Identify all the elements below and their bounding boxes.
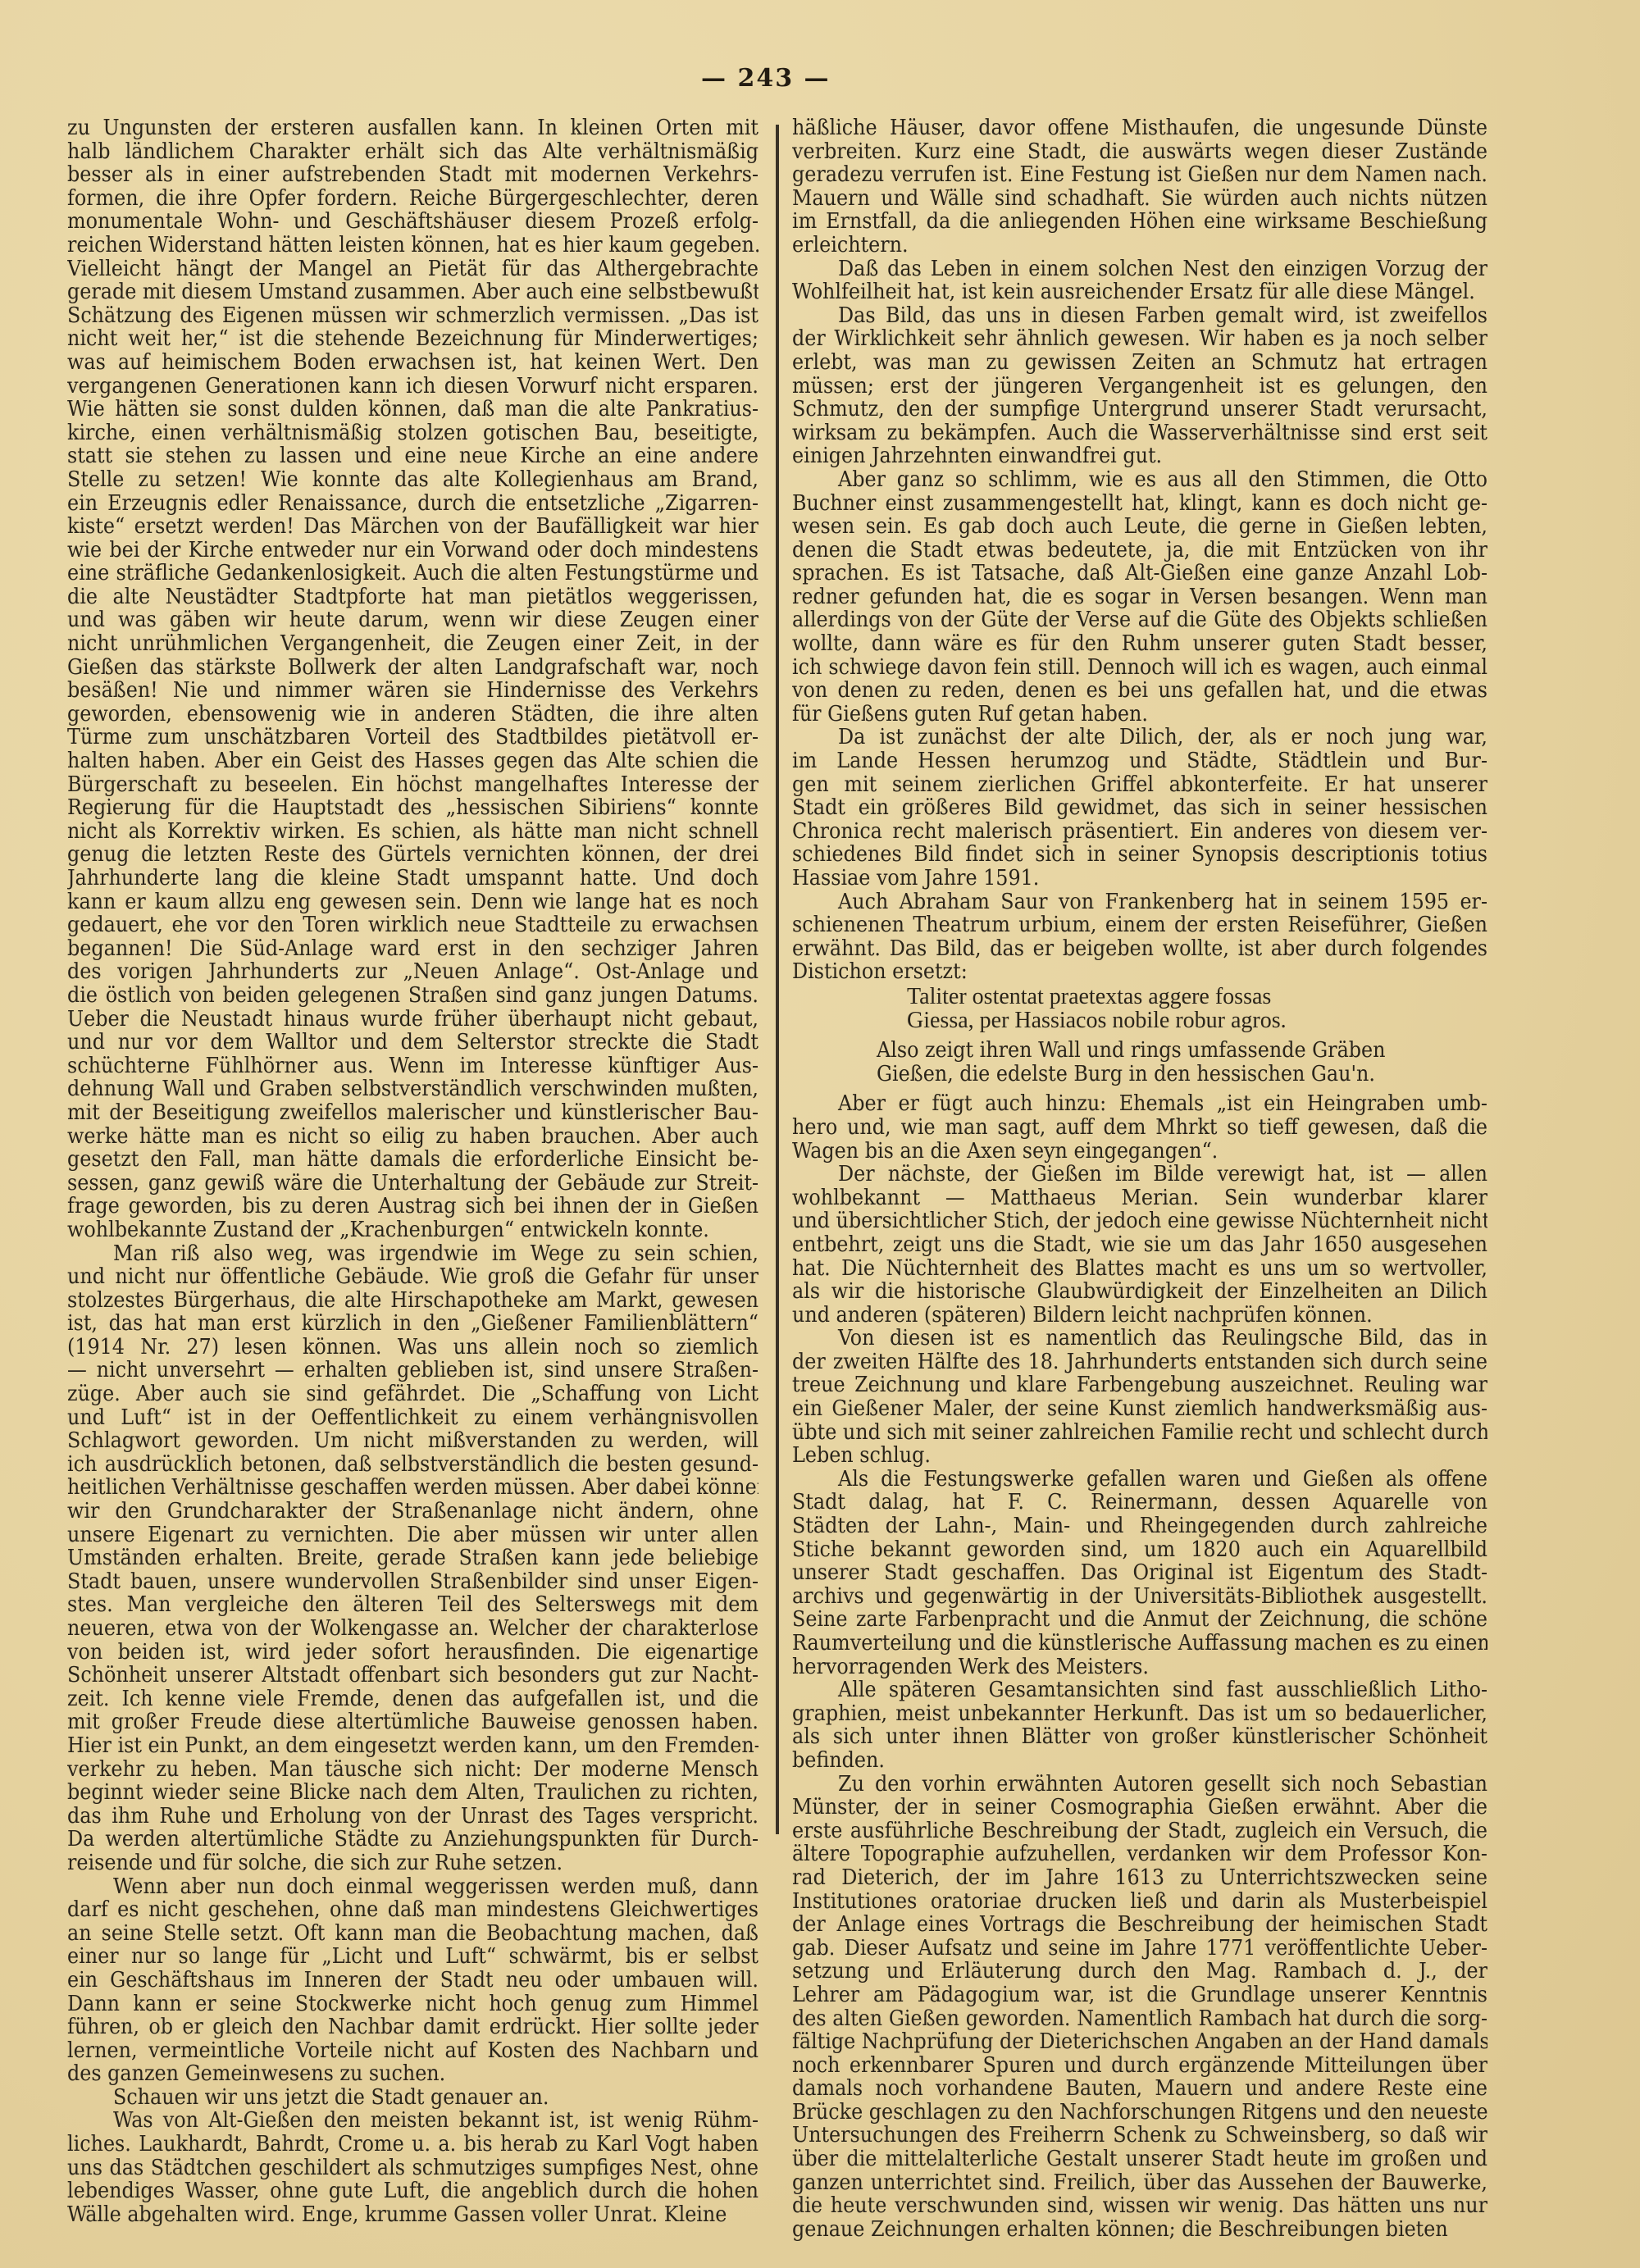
text-line: im Ernstfall, da die anliegenden Höhen e… <box>792 210 1487 234</box>
text-line: Institutiones oratoriae drucken ließ und… <box>792 1890 1487 1914</box>
text-line: besser als in einer aufstrebenden Stadt … <box>67 163 758 187</box>
text-line: Stelle zu setzen! Wie konnte das alte Ko… <box>67 468 758 492</box>
text-line: denen die Stadt etwas bedeutete, ja, die… <box>792 539 1487 562</box>
text-line: schüchterne Fühlhörner aus. Wenn im Inte… <box>67 1054 758 1078</box>
text-line: Ueber die Neustadt hinaus wurde früher ü… <box>67 1008 758 1032</box>
text-line: Da ist zunächst der alte Dilich, der, al… <box>792 726 1487 749</box>
german-verse-line: Gießen, die edelste Burg in den hessisch… <box>792 1063 1487 1086</box>
text-line: Regierung für die Hauptstadt des „hessis… <box>67 796 758 820</box>
text-line: rad Dieterich, der im Jahre 1613 zu Unte… <box>792 1866 1487 1890</box>
paragraph: Aber er fügt auch hinzu: Ehemals „ist ei… <box>792 1092 1487 1163</box>
paragraph: Schauen wir uns jetzt die Stadt genauer … <box>67 2086 758 2110</box>
text-line: wesen sein. Es gab doch auch Leute, die … <box>792 515 1487 539</box>
text-line: Alle späteren Gesamtansichten sind fast … <box>792 1678 1487 1702</box>
text-line: schiedenes Bild findet sich in seiner Sy… <box>792 843 1487 867</box>
text-line: kiste“ ersetzt werden! Das Märchen von d… <box>67 515 758 539</box>
text-line: Distichon ersetzt: <box>792 960 1487 984</box>
text-line: für Gießens guten Ruf getan haben. <box>792 703 1487 726</box>
text-line: archivs und gegenwärtig in der Universit… <box>792 1585 1487 1609</box>
text-line: befinden. <box>792 1749 1487 1773</box>
text-line: und nur vor dem Walltor und dem Selterst… <box>67 1031 758 1054</box>
text-line: lebendiges Wasser, ohne gute Luft, die a… <box>67 2179 758 2203</box>
text-line: Hier ist ein Punkt, an dem eingesetzt we… <box>67 1734 758 1758</box>
text-line: der Wirklichkeit sehr ähnlich gewesen. W… <box>792 327 1487 351</box>
text-line: Türme zum unschätzbaren Vorteil des Stad… <box>67 726 758 749</box>
text-line: über die mittelalterliche Gestalt unsere… <box>792 2147 1487 2171</box>
text-line: Aber er fügt auch hinzu: Ehemals „ist ei… <box>792 1092 1487 1116</box>
text-line: Man riß also weg, was irgendwie im Wege … <box>67 1242 758 1266</box>
text-line: Wagen bis an die Axen seyn eingegangen“. <box>792 1140 1487 1164</box>
text-line: Lehrer am Pädagogium war, ist die Grundl… <box>792 1983 1487 2007</box>
text-line: wollte, dann wäre es für den Ruhm unsere… <box>792 632 1487 656</box>
text-line: fältige Nachprüfung der Dieterichschen A… <box>792 2030 1487 2054</box>
text-line: wirksam zu bekämpfen. Auch die Wasserver… <box>792 421 1487 445</box>
latin-verse-line: Giessa, per Hassiacos nobile robur agros… <box>792 1009 1487 1033</box>
text-line: nicht als Korrektiv wirken. Es schien, a… <box>67 820 758 844</box>
text-line: als wir die historische Glaubwürdigkeit … <box>792 1280 1487 1304</box>
paragraph: Wenn aber nun doch einmal weggerissen we… <box>67 1875 758 2086</box>
text-line: wohlbekannt — Matthaeus Merian. Sein wun… <box>792 1186 1487 1210</box>
text-line: mit der Beseitigung zweifellos malerisch… <box>67 1101 758 1125</box>
text-line: Dann kann er seine Stockwerke nicht hoch… <box>67 1992 758 2016</box>
text-line: Stadt dalag, hat F. C. Reinermann, desse… <box>792 1491 1487 1514</box>
text-line: Untersuchungen des Freiherrn Schenk zu S… <box>792 2124 1487 2147</box>
text-line: Schmutz, den der sumpfige Untergrund uns… <box>792 398 1487 421</box>
text-line: (1914 Nr. 27) lesen können. Was uns alle… <box>67 1336 758 1359</box>
text-line: Schönheit unserer Altstadt offenbart sic… <box>67 1664 758 1687</box>
text-line: hervorragenden Werk des Meisters. <box>792 1655 1487 1679</box>
paragraph: häßliche Häuser, davor offene Misthaufen… <box>792 116 1487 257</box>
text-line: Umständen erhalten. Breite, gerade Straß… <box>67 1546 758 1570</box>
text-line: uns das Städtchen geschildert als schmut… <box>67 2156 758 2180</box>
text-line: Stadt bauen, unsere wundervollen Straßen… <box>67 1570 758 1594</box>
text-line: als sich unter ihnen Blätter von großer … <box>792 1725 1487 1749</box>
text-line: hero und, wie man sagt, auff dem Mhrkt s… <box>792 1116 1487 1140</box>
text-line: begannen! Die Süd-Anlage ward erst in de… <box>67 937 758 961</box>
text-line: ich schwiege davon fein still. Dennoch w… <box>792 656 1487 680</box>
text-line: ich ausdrücklich betonen, daß selbstvers… <box>67 1453 758 1477</box>
text-line: die heute verschwunden sind, wissen wir … <box>792 2194 1487 2218</box>
distichon-verse: Taliter ostentat praetextas aggere fossa… <box>792 986 1487 1086</box>
text-line: ein Geschäftshaus im Inneren der Stadt n… <box>67 1969 758 1992</box>
text-line: und übersichtlicher Stich, der jedoch ei… <box>792 1209 1487 1233</box>
text-line: stes. Man vergleiche den älteren Teil de… <box>67 1593 758 1617</box>
text-line: Brücke geschlagen zu den Nachforschungen… <box>792 2101 1487 2125</box>
text-line: allerdings von der Güte der Verse auf di… <box>792 608 1487 632</box>
text-line: übte und sich mit seiner zahlreichen Fam… <box>792 1421 1487 1445</box>
text-line: formen, die ihre Opfer fordern. Reiche B… <box>67 187 758 211</box>
right-column: häßliche Häuser, davor offene Misthaufen… <box>792 116 1487 2241</box>
text-line: monumentale Wohn- und Geschäftshäuser di… <box>67 210 758 234</box>
text-line: von denen zu reden, denen es bei uns gef… <box>792 679 1487 703</box>
text-line: Der nächste, der Gießen im Bilde verewig… <box>792 1163 1487 1186</box>
text-line: sprachen. Es ist Tatsache, daß Alt-Gieße… <box>792 562 1487 585</box>
text-line: Buchner einst zusammengestellt hat, klin… <box>792 492 1487 516</box>
text-line: Wie hätten sie sonst dulden können, daß … <box>67 398 758 421</box>
text-line: des ganzen Gemeinwesens zu suchen. <box>67 2062 758 2086</box>
paragraph: Man riß also weg, was irgendwie im Wege … <box>67 1242 758 1875</box>
text-line: lernen, vermeintliche Vorteile nicht auf… <box>67 2039 758 2063</box>
paragraph: Alle späteren Gesamtansichten sind fast … <box>792 1678 1487 1772</box>
text-line: das ihm Ruhe und Erholung von der Unrast… <box>67 1805 758 1829</box>
text-line: die östlich von beiden gelegenen Straßen… <box>67 984 758 1008</box>
text-line: zeit. Ich kenne viele Fremde, denen das … <box>67 1687 758 1711</box>
text-line: heitlichen Verhältnisse geschaffen werde… <box>67 1476 758 1500</box>
text-line: die alte Neustädter Stadtpforte hat man … <box>67 585 758 609</box>
text-line: Wälle abgehalten wird. Enge, krumme Gass… <box>67 2203 758 2227</box>
paragraph: Der nächste, der Gießen im Bilde verewig… <box>792 1163 1487 1327</box>
text-line: Städten der Lahn-, Main- und Rheingegend… <box>792 1514 1487 1538</box>
text-line: erste ausführliche Beschreibung der Stad… <box>792 1819 1487 1843</box>
text-line: noch erkennbarer Spuren und durch ergänz… <box>792 2054 1487 2078</box>
paragraph: Von diesen ist es namentlich das Reuling… <box>792 1327 1487 1468</box>
text-line: wie bei der Kirche entweder nur ein Vorw… <box>67 539 758 562</box>
paragraph: Das Bild, das uns in diesen Farben gemal… <box>792 304 1487 468</box>
text-line: genaue Zeichnungen erhalten können; die … <box>792 2218 1487 2242</box>
text-line: Wohlfeilheit hat, ist kein ausreichender… <box>792 280 1487 304</box>
text-line: unserer Stadt geschaffen. Das Original i… <box>792 1561 1487 1585</box>
column-divider <box>776 125 779 1834</box>
text-line: gesetzt den Fall, man hätte damals die e… <box>67 1148 758 1172</box>
text-line: einigen Jahrzehnten einwandfrei gut. <box>792 444 1487 468</box>
text-line: Mauern und Wälle sind schadhaft. Sie wür… <box>792 187 1487 211</box>
paragraph: Aber ganz so schlimm, wie es aus all den… <box>792 468 1487 726</box>
text-line: Seine zarte Farbenpracht und die Anmut d… <box>792 1608 1487 1632</box>
text-line: beginnt wieder seine Blicke nach dem Alt… <box>67 1781 758 1805</box>
text-line: wohlbekannte Zustand der „Krachenburgen“… <box>67 1218 758 1242</box>
text-line: verkehr zu heben. Man täusche sich nicht… <box>67 1758 758 1782</box>
text-line: frage geworden, bis zu deren Austrag sic… <box>67 1195 758 1218</box>
text-line: liches. Laukhardt, Bahrdt, Crome u. a. b… <box>67 2133 758 2156</box>
text-line: Raumverteilung und die künstlerische Auf… <box>792 1632 1487 1655</box>
text-line: gab. Dieser Aufsatz und seine im Jahre 1… <box>792 1937 1487 1961</box>
text-line: — nicht unversehrt — erhalten geblieben … <box>67 1359 758 1382</box>
text-line: Da werden altertümliche Städte zu Anzieh… <box>67 1828 758 1851</box>
text-line: genug die letzten Reste des Gürtels vern… <box>67 843 758 867</box>
text-line: reisende und für solche, die sich zur Ru… <box>67 1851 758 1875</box>
text-line: führen, ob er gleich den Nachbar damit e… <box>67 2015 758 2039</box>
text-line: nicht unrühmlichen Vergangenheit, die Ze… <box>67 632 758 656</box>
text-line: Daß das Leben in einem solchen Nest den … <box>792 257 1487 281</box>
text-line: graphien, meist unbekannter Herkunft. Da… <box>792 1702 1487 1726</box>
text-line: und was gäben wir heute darum, wenn wir … <box>67 608 758 632</box>
text-line: Gießen das stärkste Bollwerk der alten L… <box>67 656 758 680</box>
text-line: der zweiten Hälfte des 18. Jahrhunderts … <box>792 1350 1487 1374</box>
text-line: vergangenen Generationen kann ich diesen… <box>67 375 758 398</box>
latin-verse-line: Taliter ostentat praetextas aggere fossa… <box>792 986 1487 1009</box>
paragraph: Auch Abraham Saur von Frankenberg hat in… <box>792 890 1487 984</box>
text-line: der Anlage eines Vortrags die Beschreibu… <box>792 1913 1487 1937</box>
text-line: geradezu verrufen ist. Eine Festung ist … <box>792 163 1487 187</box>
text-line: Was von Alt-Gießen den meisten bekannt i… <box>67 2109 758 2133</box>
text-line: an seine Stelle setzt. Oft kann man die … <box>67 1922 758 1946</box>
text-line: Jahrhunderte lang die kleine Stadt umspa… <box>67 867 758 890</box>
text-line: schienenen Theatrum urbium, einem der er… <box>792 913 1487 937</box>
text-line: erwähnt. Das Bild, das er beigeben wollt… <box>792 937 1487 961</box>
text-line: Auch Abraham Saur von Frankenberg hat in… <box>792 890 1487 914</box>
text-line: darf es nicht geschehen, ohne daß man mi… <box>67 1898 758 1922</box>
text-line: Leben schlug. <box>792 1444 1487 1468</box>
text-line: erleichtern. <box>792 234 1487 257</box>
text-line: eine sträfliche Gedankenlosigkeit. Auch … <box>67 562 758 585</box>
text-line: halten haben. Aber ein Geist des Hasses … <box>67 749 758 773</box>
text-line: von beiden ist, wird jeder sofort heraus… <box>67 1641 758 1665</box>
paragraph: Als die Festungswerke gefallen waren und… <box>792 1468 1487 1678</box>
text-line: und nicht nur öffentliche Gebäude. Wie g… <box>67 1265 758 1289</box>
text-line: im Lande Hessen herumzog und Städte, Stä… <box>792 749 1487 773</box>
text-line: Schlagwort geworden. Um nicht mißverstan… <box>67 1429 758 1453</box>
text-line: Von diesen ist es namentlich das Reuling… <box>792 1327 1487 1350</box>
text-line: müssen; erst der jüngeren Vergangenheit … <box>792 375 1487 398</box>
text-line: ältere Topographie aufzuhellen, verdanke… <box>792 1842 1487 1866</box>
text-line: zu Ungunsten der ersteren ausfallen kann… <box>67 116 758 140</box>
text-line: einer nur so lange für „Licht und Luft“ … <box>67 1945 758 1969</box>
text-line: setzung und Erläuterung durch den Mag. R… <box>792 1960 1487 1983</box>
text-line: kirche, einen verhältnismäßig stolzen go… <box>67 421 758 445</box>
text-line: nicht weit her,“ ist die stehende Bezeic… <box>67 327 758 351</box>
text-line: des vorigen Jahrhunderts zur „Neuen Anla… <box>67 960 758 984</box>
text-line: Aber ganz so schlimm, wie es aus all den… <box>792 468 1487 492</box>
text-line: hat. Die Nüchternheit des Blattes macht … <box>792 1257 1487 1281</box>
text-line: redner gefunden hat, die es sogar in Ver… <box>792 585 1487 609</box>
text-line: häßliche Häuser, davor offene Misthaufen… <box>792 116 1487 140</box>
text-line: mit großer Freude diese altertümliche Ba… <box>67 1710 758 1734</box>
text-line: Als die Festungswerke gefallen waren und… <box>792 1468 1487 1492</box>
text-line: dehnung Wall und Graben selbstverständli… <box>67 1077 758 1101</box>
text-line: halb ländlichem Charakter erhält sich da… <box>67 140 758 164</box>
text-line: werke hätte man es nicht so eilig zu hab… <box>67 1125 758 1149</box>
text-line: erlebt, was man zu gewissen Zeiten an Sc… <box>792 351 1487 375</box>
text-line: neueren, etwa von der Wolkengasse an. We… <box>67 1617 758 1641</box>
paragraph: Daß das Leben in einem solchen Nest den … <box>792 257 1487 304</box>
text-line: Bürgerschaft zu beseelen. Ein höchst man… <box>67 773 758 797</box>
german-verse-line: Also zeigt ihren Wall und rings umfassen… <box>792 1039 1487 1063</box>
text-line: ein Gießener Maler, der seine Kunst ziem… <box>792 1397 1487 1421</box>
text-line: Wenn aber nun doch einmal weggerissen we… <box>67 1875 758 1899</box>
text-line: Schätzung des Eigenen müssen wir schmerz… <box>67 304 758 328</box>
paragraph: Zu den vorhin erwähnten Autoren gesellt … <box>792 1773 1487 2242</box>
text-line: Münster, der in seiner Cosmographia Gieß… <box>792 1796 1487 1819</box>
text-line: statt sie stehen zu lassen und eine neue… <box>67 444 758 468</box>
text-line: ist, das hat man erst kürzlich in den „G… <box>67 1312 758 1336</box>
text-line: geworden, ebensowenig wie in anderen Stä… <box>67 703 758 726</box>
text-line: Zu den vorhin erwähnten Autoren gesellt … <box>792 1773 1487 1797</box>
text-line: Hassiae vom Jahre 1591. <box>792 867 1487 890</box>
page-number: — 243 — <box>701 64 831 93</box>
text-line: besäßen! Nie und nimmer wären sie Hinder… <box>67 679 758 703</box>
text-line: was auf heimischem Boden erwachsen ist, … <box>67 351 758 375</box>
text-line: ganzen unterrichtet sind. Freilich, über… <box>792 2171 1487 2195</box>
text-line: kann er kaum allzu eng gewesen sein. Den… <box>67 890 758 914</box>
text-line: reichen Widerstand hätten leisten können… <box>67 234 758 257</box>
text-line: Schauen wir uns jetzt die Stadt genauer … <box>67 2086 758 2110</box>
text-line: damals noch vorhandene Bauten, Mauern un… <box>792 2077 1487 2101</box>
text-line: Chronica recht malerisch präsentiert. Ei… <box>792 820 1487 844</box>
text-line: verbreiten. Kurz eine Stadt, die auswärt… <box>792 140 1487 164</box>
text-line: gen mit seinem zierlichen Griffel abkont… <box>792 773 1487 797</box>
left-column: zu Ungunsten der ersteren ausfallen kann… <box>67 116 758 2226</box>
text-line: gedauert, ehe vor den Toren wirklich neu… <box>67 913 758 937</box>
text-line: Stiche bekannt geworden sind, um 1820 au… <box>792 1538 1487 1562</box>
text-line: züge. Aber auch sie sind gefährdet. Die … <box>67 1382 758 1406</box>
text-line: wir den Grundcharakter der Straßenanlage… <box>67 1500 758 1523</box>
text-line: Das Bild, das uns in diesen Farben gemal… <box>792 304 1487 328</box>
text-line: des alten Gießen geworden. Namentlich Ra… <box>792 2007 1487 2031</box>
text-line: sessen, ganz gewiß wäre die Unterhaltung… <box>67 1172 758 1195</box>
text-line: Stadt ein größeres Bild gewidmet, das si… <box>792 796 1487 820</box>
text-line: entbehrt, zeigt uns die Stadt, wie sie u… <box>792 1233 1487 1257</box>
text-line: ein Erzeugnis edler Renaissance, durch d… <box>67 492 758 516</box>
paragraph: zu Ungunsten der ersteren ausfallen kann… <box>67 116 758 1242</box>
paragraph: Da ist zunächst der alte Dilich, der, al… <box>792 726 1487 890</box>
text-line: treue Zeichnung und klare Farbengebung a… <box>792 1373 1487 1397</box>
text-line: und Luft“ ist in der Oeffentlichkeit zu … <box>67 1406 758 1430</box>
paragraph: Was von Alt-Gießen den meisten bekannt i… <box>67 2109 758 2226</box>
text-line: unsere Eigenart zu vernichten. Die aber … <box>67 1523 758 1547</box>
text-line: und anderen (späteren) Bildern leicht na… <box>792 1304 1487 1328</box>
text-line: gerade mit diesem Umstand zusammen. Aber… <box>67 280 758 304</box>
text-line: Vielleicht hängt der Mangel an Pietät fü… <box>67 257 758 281</box>
text-line: stolzestes Bürgerhaus, die alte Hirschap… <box>67 1289 758 1313</box>
